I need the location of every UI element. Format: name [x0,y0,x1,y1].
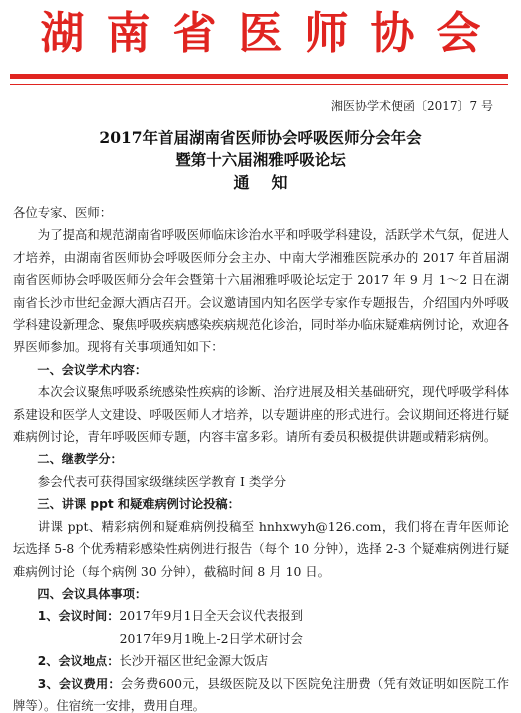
detail-item-time: 1、会议时间：2017年9月1日全天会议代表报到 [13,605,509,627]
title-line-2: 暨第十六届湘雅呼吸论坛 [0,149,521,171]
section-text-academic: 本次会议聚焦呼吸系统感染性疾病的诊断、治疗进展及相关基础研究，现代呼吸学科体系建… [13,381,509,448]
section-heading-academic: 一、会议学术内容： [13,359,509,381]
intro-paragraph: 为了提高和规范湖南省呼吸医师临床诊治水平和呼吸学科建设，活跃学术气氛，促进人才培… [13,224,509,358]
masthead: 湖南省医师协会 [0,8,521,60]
notice-body: 各位专家、医师： 为了提高和规范湖南省呼吸医师临床诊治水平和呼吸学科建设，活跃学… [13,202,509,713]
masthead-title: 湖南省医师协会 [0,8,521,60]
detail-item-time-continued: 2017年9月1晚上-2日学术研讨会 [13,628,509,650]
title-line-1: 2017年首届湖南省医师协会呼吸医师分会年会 [0,127,521,149]
detail-value-location: 长沙开福区世纪金源大饭店 [119,653,268,668]
section-heading-details: 四、会议具体事项： [13,583,509,605]
masthead-rule-thin [10,84,508,85]
detail-label-location: 2、会议地点： [38,654,120,668]
notice-title: 2017年首届湖南省医师协会呼吸医师分会年会 暨第十六届湘雅呼吸论坛 通知 [0,127,521,195]
salutation: 各位专家、医师： [13,202,509,224]
detail-label-time: 1、会议时间： [38,609,120,623]
section-heading-credits: 二、继教学分： [13,448,509,470]
masthead-rule-thick [10,74,508,79]
section-heading-submission: 三、讲课 ppt 和疑难病例讨论投稿： [13,493,509,515]
detail-value-time: 2017年9月1日全天会议代表报到 [119,608,303,623]
title-line-3: 通知 [0,171,521,195]
section-text-credits: 参会代表可获得国家级继续医学教育 I 类学分 [13,471,509,493]
detail-item-fee: 3、会议费用：会务费600元，县级医院及以下医院免注册费（凭有效证明如医院工作牌… [13,673,509,713]
detail-item-location: 2、会议地点：长沙开福区世纪金源大饭店 [13,650,509,672]
section-text-submission: 讲课 ppt、精彩病例和疑难病例投稿至 hnhxwyh@126.com，我们将在… [13,516,509,583]
document-number: 湘医协学术便函〔2017〕7 号 [331,97,493,114]
detail-label-fee: 3、会议费用： [38,677,121,691]
